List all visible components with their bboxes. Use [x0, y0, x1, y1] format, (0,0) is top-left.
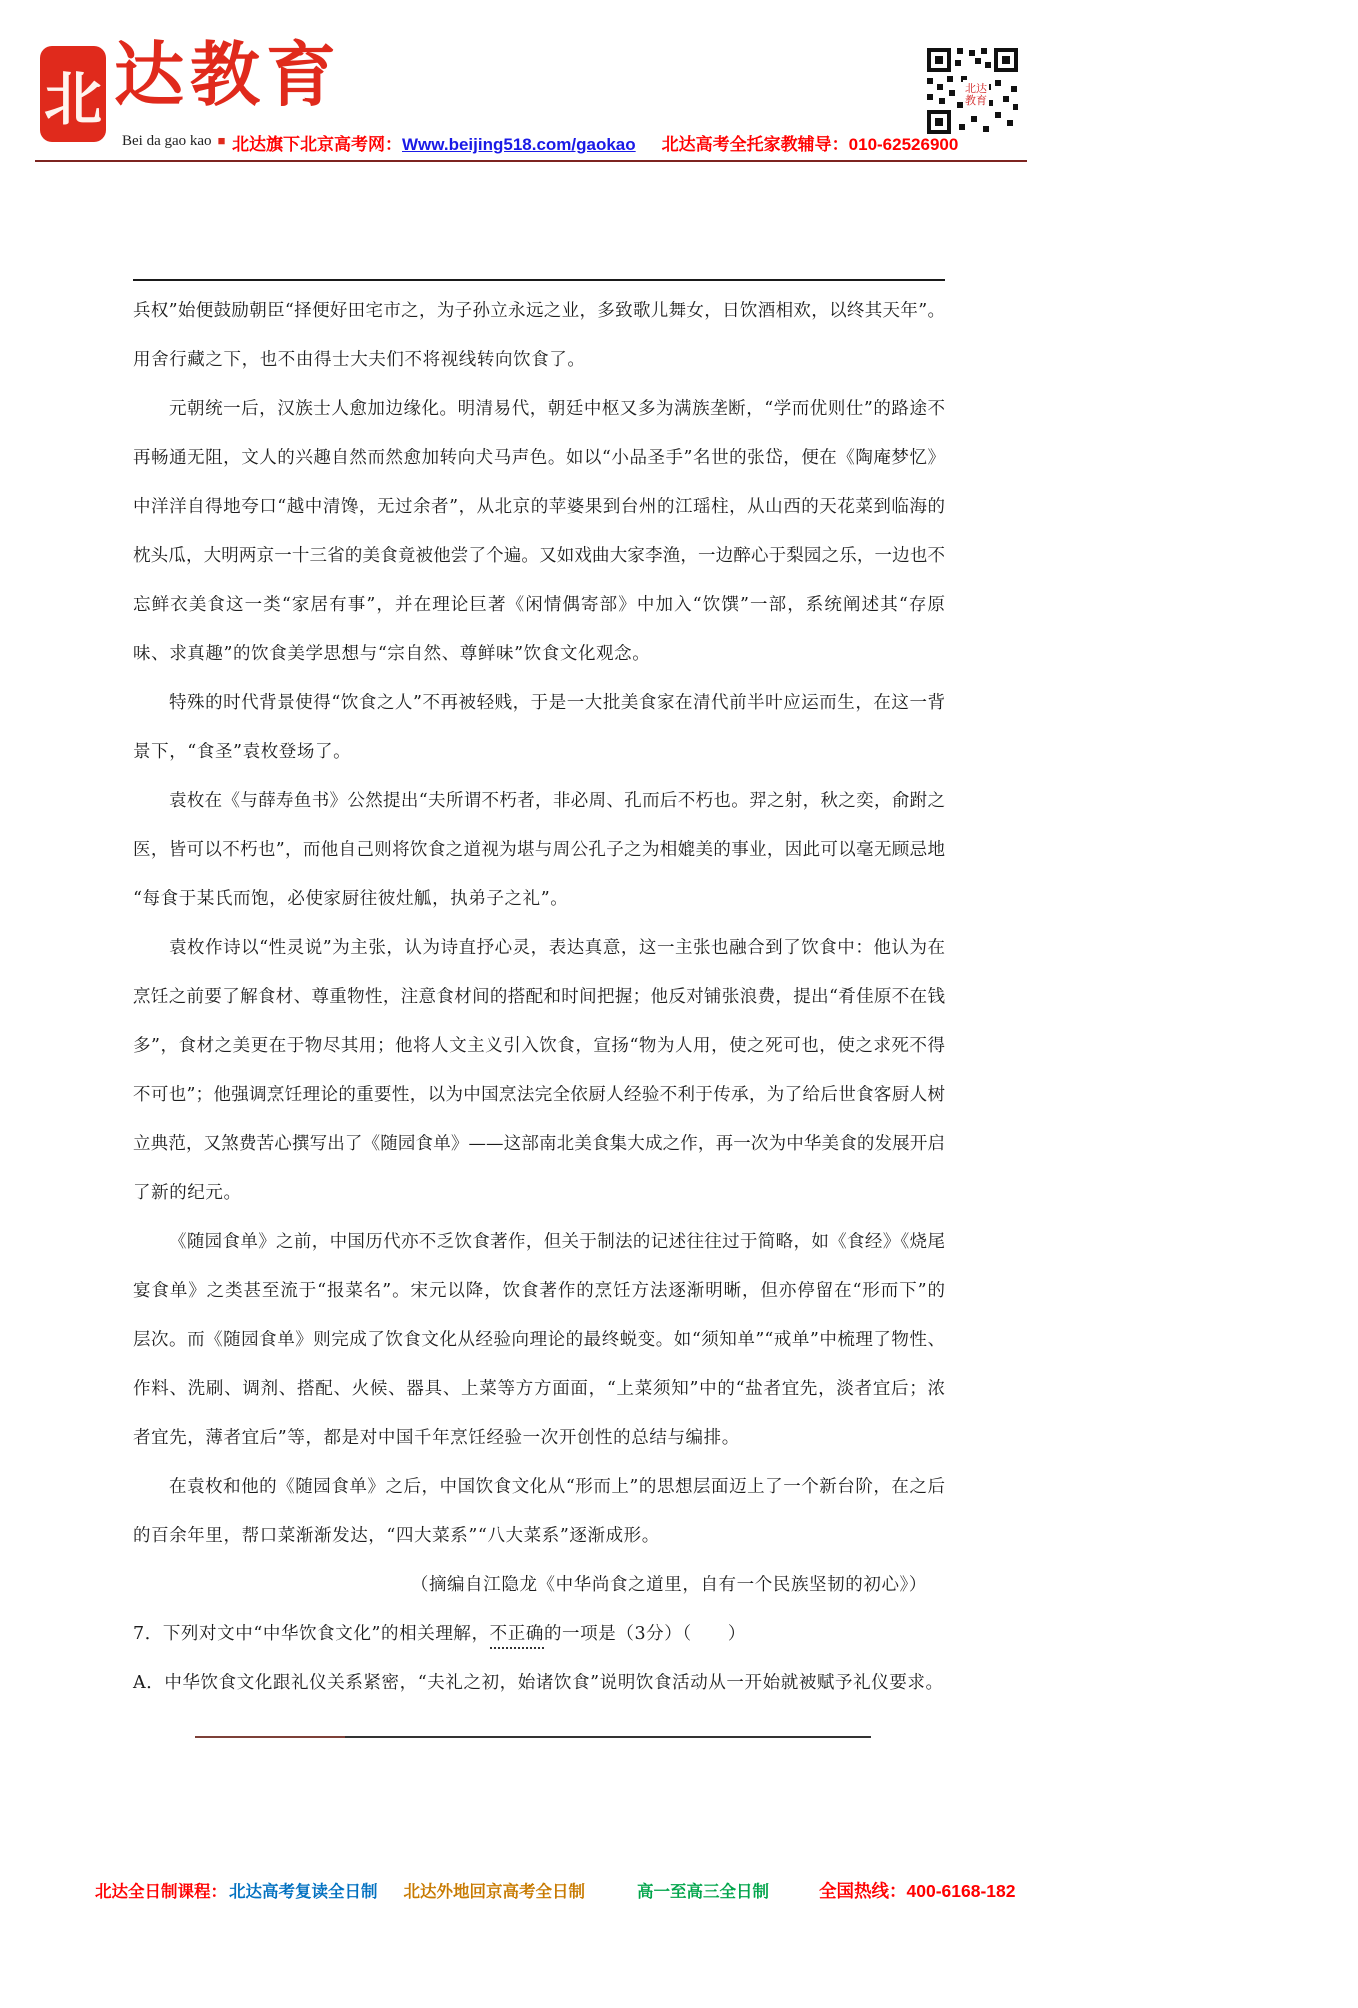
footer-course-1: 北达高考复读全日制 [229, 1883, 378, 1901]
text-line: 宴食单》之类甚至流于“报菜名”。宋元以降，饮食著作的烹饪方法逐渐明晰，但亦停留在… [133, 1267, 945, 1316]
question-suffix: 的一项是（3分）（ ） [544, 1624, 746, 1644]
footer-course-label: 北达全日制课程： [95, 1883, 227, 1901]
footer: 北达全日制课程：北达高考复读全日制北达外地回京高考全日制高一至高三全日制全国热线… [95, 1878, 1095, 1903]
question-7: 7．下列对文中“中华饮食文化”的相关理解，不正确的一项是（3分）（ ） [133, 1610, 945, 1659]
text-line: 元朝统一后，汉族士人愈加边缘化。明清易代，朝廷中枢又多为满族垄断，“学而优则仕”… [133, 385, 945, 434]
brand-seal-logo: 北 [42, 48, 104, 140]
red-square-icon: ■ [218, 133, 226, 148]
text-line: 中洋洋自得地夸口“越中清馋，无过余者”，从北京的苹婆果到台州的江瑶柱，从山西的天… [133, 483, 945, 532]
hotline-number: 400-6168-182 [907, 1881, 1016, 1901]
hotline-label: 全国热线： [819, 1881, 907, 1901]
text-line: 立典范，又煞费苦心撰写出了《随园食单》——这部南北美食集大成之作，再一次为中华美… [133, 1120, 945, 1169]
page: 北 达教育 Bei da gao kao■ 北达旗下北京高考网：Www.beij… [0, 0, 1358, 2008]
text-line: 的百余年里，帮口菜渐渐发达，“四大菜系”“八大菜系”逐渐成形。 [133, 1512, 945, 1561]
site-label: 北达旗下北京高考网： [232, 135, 402, 154]
text-line: 层次。而《随园食单》则完成了饮食文化从经验向理论的最终蜕变。如“须知单”“戒单”… [133, 1316, 945, 1365]
attribution: （摘编自江隐龙《中华尚食之道里，自有一个民族坚韧的初心》） [133, 1561, 945, 1610]
divider-segment [345, 1736, 871, 1738]
choice-a: A．中华饮食文化跟礼仪关系紧密，“夫礼之初，始诸饮食”说明饮食活动从一开始就被赋… [133, 1659, 945, 1708]
question-emphasis: 不正确 [490, 1624, 544, 1649]
text-line: 兵权”始便鼓励朝臣“择便好田宅市之，为子孙立永远之业，多致歌儿舞女，日饮酒相欢，… [133, 287, 945, 336]
text-line: 医，皆可以不朽也”，而他自己则将饮食之道视为堪与周公孔子之为相媲美的事业，因此可… [133, 826, 945, 875]
text-line: “每食于某氏而饱，必使家厨往彼灶觚，执弟子之礼”。 [133, 875, 945, 924]
text-line: 不可也”；他强调烹饪理论的重要性，以为中国烹法完全依厨人经验不利于传承，为了给后… [133, 1071, 945, 1120]
text-line: 再畅通无阻，文人的兴趣自然而然愈加转向犬马声色。如以“小品圣手”名世的张岱，便在… [133, 434, 945, 483]
brand-tagline: Bei da gao kao■ [122, 133, 225, 150]
text-line: 袁枚在《与薛寿鱼书》公然提出“夫所谓不朽者，非必周、孔而后不朽也。羿之射，秋之奕… [133, 777, 945, 826]
footer-course-2: 北达外地回京高考全日制 [404, 1883, 586, 1901]
page-bottom-divider [195, 1736, 871, 1738]
qr-code: 北达 教育 [925, 46, 1020, 136]
footer-hotline: 全国热线：400-6168-182 [819, 1881, 1015, 1901]
tutor-phone: 010-62526900 [849, 135, 959, 154]
tagline-text: Bei da gao kao [122, 133, 212, 149]
qr-label-top: 北达 [965, 81, 987, 95]
text-line: 烹饪之前要了解食材、尊重物性，注意食材间的搭配和时间把握；他反对铺张浪费，提出“… [133, 973, 945, 1022]
footer-course-3: 高一至高三全日制 [637, 1883, 769, 1901]
text-line: 作料、洗刷、调剂、搭配、火候、器具、上菜等方方面面，“上菜须知”中的“盐者宜先，… [133, 1365, 945, 1414]
header-divider [35, 160, 1027, 162]
text-line: 忘鲜衣美食这一类“家居有事”，并在理论巨著《闲情偶寄部》中加入“饮馔”一部，系统… [133, 581, 945, 630]
text-line: 《随园食单》之前，中国历代亦不乏饮食著作，但关于制法的记述往往过于简略，如《食经… [133, 1218, 945, 1267]
text-line: 景下，“食圣”袁枚登场了。 [133, 728, 945, 777]
qr-label-bottom: 教育 [965, 93, 987, 107]
text-line: 用舍行藏之下，也不由得士大夫们不将视线转向饮食了。 [133, 336, 945, 385]
reading-passage: 兵权”始便鼓励朝臣“择便好田宅市之，为子孙立永远之业，多致歌儿舞女，日饮酒相欢，… [133, 279, 945, 1708]
text-line: 者宜先，薄者宜后”等，都是对中国千年烹饪经验一次开创性的总结与编排。 [133, 1414, 945, 1463]
divider-segment [195, 1736, 345, 1738]
text-line: 枕头瓜，大明两京一十三省的美食竟被他尝了个遍。又如戏曲大家李渔，一边醉心于梨园之… [133, 532, 945, 581]
text-line: 了新的纪元。 [133, 1169, 945, 1218]
text-line: 多”，食材之美更在于物尽其用；他将人文主义引入饮食，宣扬“物为人用，使之死可也，… [133, 1022, 945, 1071]
header-info-line: 北达旗下北京高考网：Www.beijing518.com/gaokao北达高考全… [232, 130, 958, 155]
passage-top-divider [133, 279, 945, 281]
text-line: 袁枚作诗以“性灵说”为主张，认为诗直抒心灵，表达真意，这一主张也融合到了饮食中：… [133, 924, 945, 973]
text-line: 在袁枚和他的《随园食单》之后，中国饮食文化从“形而上”的思想层面迈上了一个新台阶… [133, 1463, 945, 1512]
text-line: 味、求真趣”的饮食美学思想与“宗自然、尊鲜味”饮食文化观念。 [133, 630, 945, 679]
question-prefix: 7．下列对文中“中华饮食文化”的相关理解， [133, 1624, 490, 1644]
brand-name: 达教育 [114, 40, 342, 110]
text-line: 特殊的时代背景使得“饮食之人”不再被轻贱，于是一大批美食家在清代前半叶应运而生，… [133, 679, 945, 728]
site-url-link[interactable]: Www.beijing518.com/gaokao [402, 135, 636, 154]
tutor-label: 北达高考全托家教辅导： [662, 135, 849, 154]
